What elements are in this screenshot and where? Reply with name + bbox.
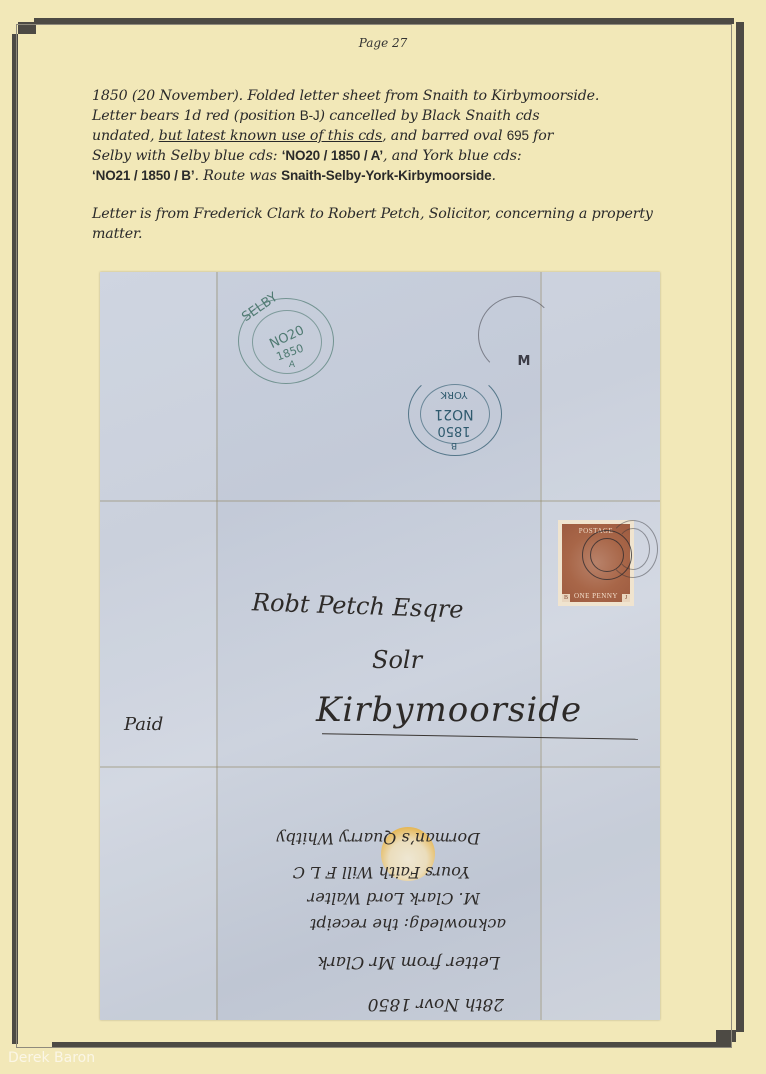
paid-marking: Paid — [124, 714, 163, 735]
description-paragraph-1: 1850 (20 November). Folded letter sheet … — [92, 86, 692, 186]
address-title: Solr — [372, 646, 422, 674]
docket-text: 28th Novr 1850 Letter from Mr Clark ackn… — [210, 800, 510, 1014]
york-cds-text: ‘NO21 / 1850 / B’ — [92, 168, 195, 183]
selby-cds-text: ‘NO20 / 1850 / A’ — [282, 148, 383, 163]
latest-use-note: but latest known use of this cds — [159, 128, 382, 144]
description-paragraph-2: Letter is from Frederick Clark to Robert… — [92, 204, 692, 244]
photographer-credit: Derek Baron — [8, 1050, 95, 1066]
address-town: Kirbymoorside — [316, 690, 582, 730]
route-text: Snaith-Selby-York-Kirbymoorside — [281, 168, 491, 183]
page-number: Page 27 — [0, 36, 766, 50]
